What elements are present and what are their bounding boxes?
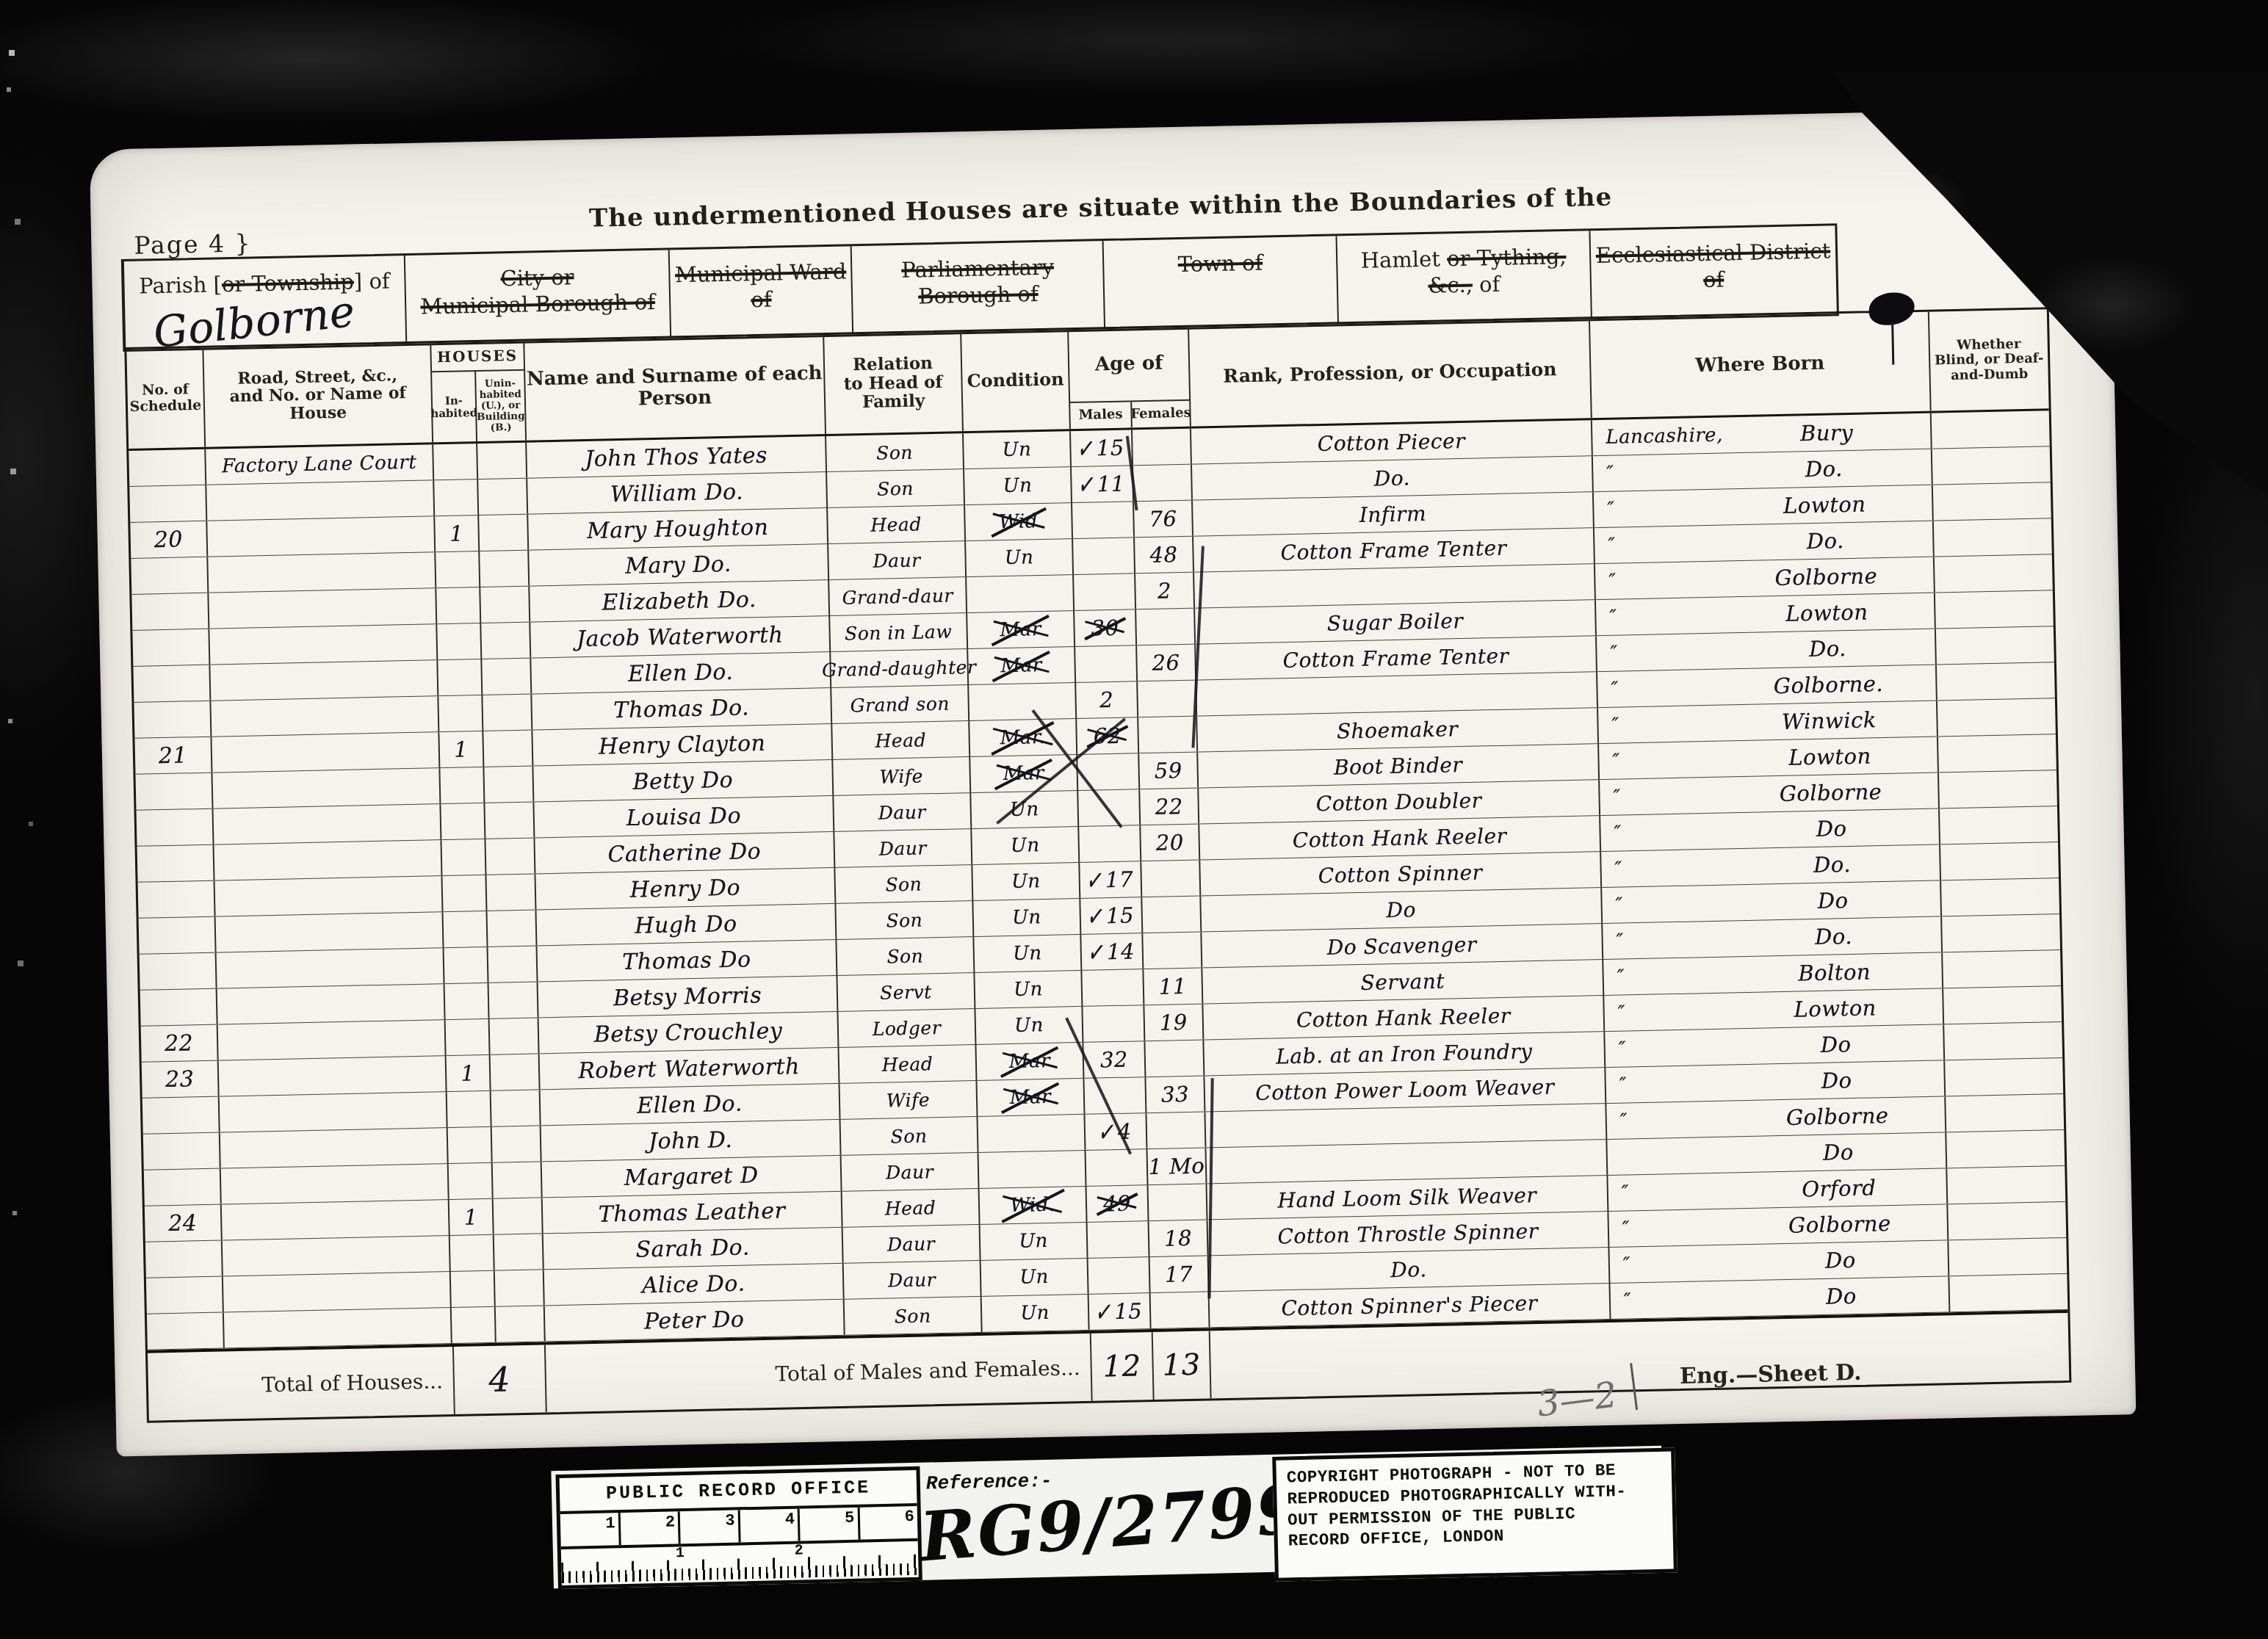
- cell-schedule: [131, 557, 209, 594]
- cell-uninhabited: [490, 1018, 540, 1054]
- cell-name: Ellen Do.: [541, 1084, 841, 1126]
- cell-schedule: [140, 989, 218, 1026]
- cell-road: [212, 768, 441, 808]
- cell-blind-deaf: [1944, 1022, 2062, 1060]
- cell-inhabited: [434, 480, 479, 515]
- cell-name: Henry Do: [535, 868, 836, 910]
- cell-age-male: [1079, 825, 1141, 862]
- cell-blind-deaf: [1949, 1238, 2067, 1276]
- cell-age-female: [1136, 609, 1196, 645]
- cell-name: John D.: [541, 1120, 842, 1162]
- cell-condition: Un: [974, 935, 1082, 972]
- cell-inhabited: [436, 587, 481, 623]
- cell-relation: Head: [828, 505, 966, 543]
- cell-road: [207, 516, 436, 556]
- cell-condition: Wid: [965, 503, 1073, 540]
- column-header-blind-deaf: Whether Blind, or Deaf- and-Dumb: [1929, 309, 2049, 410]
- cell-schedule: [142, 1097, 220, 1134]
- cell-where-born: ″Do.: [1601, 844, 1941, 887]
- cell-relation: Wife: [833, 757, 971, 795]
- cell-relation: Head: [832, 721, 970, 759]
- cell-uninhabited: [487, 910, 537, 946]
- cell-blind-deaf: [1946, 1094, 2064, 1132]
- cell-schedule: [146, 1277, 224, 1314]
- cell-age-male: ✓15: [1080, 897, 1143, 934]
- total-males-females-label: Total of Males and Females...: [546, 1334, 1091, 1412]
- cell-relation: Son: [845, 1297, 983, 1335]
- cell-blind-deaf: [1937, 698, 2056, 736]
- cell-relation: Daur: [834, 829, 972, 867]
- cell-blind-deaf: [1936, 626, 2054, 664]
- cell-condition: [969, 683, 1077, 720]
- cell-condition: Mar: [970, 755, 1078, 792]
- cell-uninhabited: [494, 1234, 544, 1270]
- cell-relation: Grand-daur: [829, 577, 967, 615]
- cell-inhabited: 1: [435, 515, 480, 551]
- cell-age-female: 2: [1135, 573, 1195, 609]
- cell-condition: Un: [975, 1007, 1083, 1044]
- cell-name: Catherine Do: [535, 832, 835, 874]
- column-header-road: Road, Street, &c., and No. or Name of Ho…: [203, 343, 433, 446]
- cell-where-born: ″Golborne.: [1597, 665, 1937, 707]
- ruler-title: PUBLIC RECORD OFFICE: [560, 1470, 917, 1505]
- cell-schedule: [134, 701, 212, 738]
- cell-age-male: 30: [1075, 609, 1137, 646]
- cell-inhabited: [444, 947, 489, 983]
- cell-inhabited: [444, 911, 488, 947]
- cell-schedule: [139, 917, 217, 954]
- cell-relation: Daur: [843, 1225, 981, 1263]
- district-label: Hamlet or Tything, &c., of: [1337, 242, 1590, 301]
- cell-road: [219, 1056, 447, 1096]
- cell-blind-deaf: [1948, 1202, 2066, 1240]
- cell-name: Margaret D: [542, 1156, 842, 1198]
- cell-uninhabited: [494, 1198, 543, 1234]
- cell-where-born: ″Golborne: [1608, 1204, 1949, 1247]
- cell-uninhabited: [484, 767, 534, 803]
- column-header-males: Males: [1070, 402, 1133, 429]
- cell-relation: Daur: [834, 793, 972, 831]
- cell-condition: Mar: [968, 647, 1076, 684]
- cell-uninhabited: [480, 551, 530, 587]
- cell-relation: Son in Law: [830, 613, 968, 651]
- district-cell-3: Parliamentary Borough of: [852, 241, 1106, 334]
- cell-name: Peter Do: [545, 1300, 845, 1342]
- cell-age-male: [1088, 1221, 1150, 1258]
- cell-inhabited: [447, 1091, 492, 1127]
- cell-name: Hugh Do: [536, 904, 837, 946]
- ruler-inch-mark: 4: [740, 1509, 800, 1543]
- cell-where-born: ″Lowton: [1604, 988, 1944, 1031]
- cell-where-born: ″Golborne: [1600, 773, 1940, 815]
- cell-blind-deaf: [1938, 734, 2056, 772]
- cell-age-female: 76: [1134, 501, 1193, 538]
- cell-road: [210, 660, 438, 700]
- cell-schedule: [140, 953, 217, 990]
- cell-age-female: 17: [1150, 1256, 1210, 1292]
- cell-condition: Un: [982, 1295, 1090, 1332]
- cell-name: Robert Waterworth: [540, 1048, 840, 1090]
- cell-relation: Son: [837, 937, 975, 975]
- cell-relation: Son: [836, 901, 974, 939]
- cell-where-born: ″Golborne: [1606, 1096, 1946, 1139]
- cell-relation: Daur: [844, 1261, 982, 1299]
- cell-blind-deaf: [1939, 770, 2057, 808]
- cell-name: William Do.: [527, 472, 828, 514]
- cell-where-born: ″Do: [1602, 880, 1942, 923]
- cell-age-female: 1 Mo: [1147, 1148, 1207, 1184]
- cell-uninhabited: [485, 838, 535, 874]
- ruler-inch-mark: 2: [620, 1511, 680, 1545]
- cell-age-male: ✓4: [1085, 1113, 1147, 1150]
- cell-where-born: ″Bolton: [1603, 952, 1943, 995]
- cell-road: [217, 984, 446, 1024]
- cell-where-born: ″Do.: [1595, 521, 1935, 564]
- cell-schedule: [133, 665, 211, 702]
- census-table: No. of Schedule Road, Street, &c., and N…: [124, 307, 2071, 1423]
- cell-road: [216, 912, 444, 952]
- total-males-value: 12: [1090, 1332, 1153, 1401]
- cell-age-male: [1082, 969, 1144, 1006]
- total-houses-label: Total of Houses...: [148, 1347, 454, 1421]
- cell-road: Factory Lane Court: [206, 444, 434, 484]
- column-header-schedule: No. of Schedule: [126, 348, 206, 449]
- table-body: Factory Lane CourtJohn Thos YatesSonUn✓1…: [129, 410, 2067, 1350]
- cell-age-male: [1088, 1257, 1151, 1294]
- cell-road: [211, 696, 439, 736]
- column-header-houses: HOUSES: [431, 341, 525, 373]
- district-cell-5: Hamlet or Tything, &c., of: [1337, 231, 1592, 324]
- cell-road: [220, 1092, 448, 1132]
- public-record-office-stamp: PUBLIC RECORD OFFICE 123456 12 Reference…: [551, 1446, 1664, 1588]
- reference-area: Reference:- RG9/2799: [917, 1455, 1271, 1580]
- cell-relation: Son: [841, 1117, 979, 1155]
- cell-road: [223, 1236, 451, 1276]
- cell-road: [222, 1200, 450, 1240]
- cell-blind-deaf: [1942, 914, 2060, 952]
- cell-age-male: 2: [1076, 681, 1138, 718]
- cell-age-male: ✓11: [1072, 466, 1134, 502]
- cell-inhabited: [436, 551, 480, 587]
- cell-age-female: 20: [1141, 825, 1200, 861]
- cell-schedule: [138, 881, 216, 918]
- ruler-inch-mark: 6: [859, 1506, 917, 1540]
- cell-inhabited: [449, 1163, 494, 1199]
- cell-relation: Grand son: [831, 685, 969, 723]
- cell-occupation: Cotton Spinner's Piecer: [1210, 1284, 1611, 1327]
- cell-schedule: 23: [142, 1061, 220, 1098]
- cell-age-male: ✓14: [1081, 933, 1144, 970]
- cell-age-female: 48: [1135, 537, 1194, 574]
- cell-name: Ellen Do.: [531, 652, 831, 694]
- cell-schedule: [131, 593, 209, 630]
- district-cell-1: City or Municipal Borough of: [405, 250, 672, 344]
- cell-relation: Servt: [837, 973, 975, 1011]
- cell-uninhabited: [489, 982, 539, 1018]
- totals-row-empty: [1210, 1313, 2070, 1398]
- cell-uninhabited: [496, 1306, 546, 1342]
- cell-name: Alice Do.: [544, 1264, 845, 1306]
- cell-condition: Un: [964, 431, 1072, 468]
- cell-schedule: 24: [145, 1205, 223, 1242]
- cell-relation: Lodger: [838, 1009, 976, 1047]
- cell-blind-deaf: [1941, 878, 2059, 916]
- cell-blind-deaf: [1940, 806, 2058, 844]
- cell-road: [215, 876, 444, 916]
- cell-age-female: [1133, 429, 1192, 466]
- cell-uninhabited: [495, 1270, 545, 1306]
- cell-age-female: [1138, 717, 1198, 753]
- total-houses-value: 4: [452, 1345, 547, 1414]
- cell-relation: Son: [826, 433, 964, 471]
- cell-age-female: [1145, 1040, 1205, 1077]
- cell-where-born: ″Do: [1600, 808, 1940, 851]
- column-header-relation: Relation to Head of Family: [824, 332, 964, 434]
- cell-age-male: 49: [1087, 1185, 1149, 1222]
- cell-name: Betsy Morris: [538, 976, 839, 1018]
- cell-schedule: [129, 485, 207, 522]
- cell-name: Thomas Do.: [532, 688, 832, 730]
- cell-where-born: ″Winwick: [1598, 701, 1938, 743]
- cell-relation: Grand-daughter: [831, 649, 969, 687]
- cell-age-male: [1075, 645, 1138, 682]
- cell-name: Mary Houghton: [528, 508, 828, 550]
- cell-uninhabited: [481, 623, 531, 659]
- cell-condition: Un: [973, 899, 1081, 936]
- ruler-cm-row: 12: [561, 1541, 919, 1583]
- cell-uninhabited: [491, 1054, 541, 1090]
- district-cell-6: Ecclesiastical District of: [1590, 225, 1837, 319]
- column-header-uninhabited: Unin- habited (U.), or Building (B.): [476, 371, 527, 441]
- cell-condition: [978, 1115, 1086, 1152]
- cell-uninhabited: [483, 731, 533, 767]
- cell-age-male: [1083, 1005, 1145, 1042]
- cell-condition: Un: [971, 791, 1079, 828]
- cell-blind-deaf: [1932, 446, 2051, 484]
- cell-where-born: ″Do: [1610, 1276, 1950, 1319]
- district-cell-0: Parish [or Township] ofGolborne: [124, 256, 407, 350]
- cell-name: Betsy Crouchley: [539, 1012, 839, 1054]
- cell-road: [224, 1308, 452, 1347]
- cell-blind-deaf: [1935, 590, 2054, 628]
- cell-blind-deaf: [1935, 554, 2053, 592]
- cell-blind-deaf: [1943, 986, 2062, 1024]
- cell-blind-deaf: [1940, 842, 2059, 880]
- cell-age-female: 19: [1144, 1004, 1204, 1041]
- cell-condition: Mar: [976, 1043, 1084, 1080]
- cell-road: [209, 588, 437, 628]
- cell-uninhabited: [482, 659, 532, 695]
- cell-age-female: 59: [1139, 753, 1199, 789]
- cell-age-female: 26: [1137, 645, 1196, 681]
- cell-age-male: ✓15: [1071, 430, 1133, 466]
- cell-road: [212, 732, 440, 772]
- cell-age-female: 18: [1149, 1220, 1209, 1256]
- cell-schedule: [137, 809, 214, 846]
- cell-road: [220, 1128, 449, 1168]
- column-header-females: Females: [1132, 401, 1191, 428]
- cell-condition: Un: [966, 539, 1074, 576]
- cell-where-born: ″Do.: [1593, 449, 1933, 492]
- copyright-box: COPYRIGHT PHOTOGRAPH - NOT TO BEREPRODUC…: [1272, 1447, 1677, 1581]
- cell-age-female: [1141, 861, 1201, 897]
- cell-blind-deaf: [1945, 1058, 2063, 1096]
- cell-relation: Son: [835, 865, 973, 903]
- ruler-inch-mark: 5: [800, 1508, 860, 1541]
- cell-uninhabited: [485, 803, 535, 839]
- cell-inhabited: [437, 623, 482, 659]
- cell-condition: [967, 575, 1075, 612]
- cell-where-born: ″Do.: [1603, 916, 1943, 959]
- column-header-name: Name and Surname of each Person: [524, 335, 826, 441]
- cell-inhabited: [451, 1271, 496, 1307]
- cell-inhabited: [446, 1019, 491, 1055]
- film-speckles: [0, 0, 3, 3]
- cell-condition: Mar: [967, 611, 1075, 648]
- cell-age-male: [1073, 538, 1135, 574]
- district-label: City or Municipal Borough of: [405, 262, 670, 321]
- cell-schedule: [137, 845, 215, 882]
- district-cell-4: Town of: [1104, 236, 1339, 329]
- cell-inhabited: [448, 1127, 493, 1163]
- district-label: Parliamentary Borough of: [852, 253, 1104, 311]
- cell-condition: Un: [972, 827, 1080, 864]
- cell-condition: Un: [980, 1223, 1088, 1260]
- cell-inhabited: [452, 1307, 496, 1343]
- cell-blind-deaf: [1937, 662, 2055, 700]
- cell-age-female: [1149, 1184, 1208, 1220]
- cell-name: Henry Clayton: [532, 724, 833, 766]
- cell-schedule: 22: [141, 1025, 219, 1062]
- district-label: Ecclesiastical District of: [1591, 237, 1837, 295]
- cell-where-born: ″Orford: [1608, 1168, 1948, 1211]
- cell-where-born: Do: [1607, 1132, 1947, 1175]
- column-header-inhabited: In- habited: [432, 372, 477, 442]
- cell-condition: Un: [972, 863, 1080, 900]
- cell-inhabited: 1: [447, 1055, 491, 1091]
- cell-age-male: [1084, 1077, 1146, 1114]
- cell-schedule: [145, 1241, 223, 1278]
- cell-where-born: ″Do.: [1597, 629, 1937, 671]
- cell-name: Thomas Leather: [543, 1192, 843, 1234]
- cell-inhabited: [433, 444, 478, 480]
- ruler-inch-mark: 1: [560, 1513, 621, 1546]
- cell-where-born: ″Lowton: [1596, 593, 1936, 635]
- ruler-box: PUBLIC RECORD OFFICE 123456 12: [555, 1466, 922, 1589]
- cell-condition: Un: [981, 1259, 1089, 1296]
- cell-age-male: [1078, 789, 1141, 826]
- ruler-inch-mark: 3: [680, 1510, 740, 1544]
- total-females-value: 13: [1152, 1331, 1212, 1400]
- cell-where-born: Lancashire,Bury: [1592, 413, 1932, 456]
- cell-uninhabited: [480, 587, 530, 623]
- cell-road: [223, 1272, 452, 1311]
- cell-age-female: [1146, 1112, 1206, 1148]
- cell-blind-deaf: [1947, 1166, 2065, 1204]
- cell-uninhabited: [493, 1162, 543, 1198]
- cell-uninhabited: [486, 874, 536, 910]
- cell-road: [208, 552, 436, 592]
- district-label: Municipal Ward of: [670, 258, 851, 315]
- cell-condition: Un: [975, 971, 1083, 1008]
- cell-name: Thomas Do: [538, 940, 838, 982]
- cell-road: [209, 624, 438, 664]
- cell-schedule: [135, 773, 213, 810]
- cell-age-female: 22: [1140, 789, 1199, 825]
- cell-uninhabited: [478, 479, 528, 515]
- cell-relation: Daur: [842, 1153, 980, 1191]
- column-header-age: Age of: [1069, 328, 1191, 403]
- cell-inhabited: [450, 1235, 495, 1271]
- column-header-where-born: Where Born: [1590, 312, 1932, 419]
- cell-name: Elizabeth Do.: [530, 580, 830, 622]
- cell-uninhabited: [483, 695, 532, 731]
- cell-inhabited: [440, 767, 485, 803]
- cell-schedule: [144, 1169, 222, 1206]
- cell-where-born: ″Do: [1606, 1060, 1946, 1103]
- cell-inhabited: [441, 803, 485, 839]
- cell-name: Jacob Waterworth: [530, 616, 831, 658]
- cell-name: Louisa Do: [534, 796, 834, 838]
- cell-name: Betty Do: [533, 760, 834, 802]
- cell-inhabited: [442, 875, 487, 911]
- cell-road: [221, 1164, 449, 1204]
- cell-where-born: ″Do: [1609, 1240, 1949, 1283]
- cell-name: Sarah Do.: [543, 1228, 844, 1270]
- cell-age-female: [1143, 933, 1202, 969]
- cell-schedule: [132, 629, 210, 666]
- cell-schedule: [147, 1313, 225, 1350]
- cell-blind-deaf: [1949, 1274, 2067, 1311]
- cell-name: John Thos Yates: [527, 436, 827, 478]
- cell-age-female: [1133, 465, 1193, 502]
- cell-relation: Head: [839, 1045, 977, 1083]
- column-header-occupation: Rank, Profession, or Occupation: [1189, 319, 1592, 426]
- cell-age-male: ✓15: [1089, 1293, 1152, 1330]
- cell-relation: Head: [842, 1189, 980, 1227]
- cell-blind-deaf: [1932, 410, 2050, 448]
- cell-age-male: [1072, 502, 1135, 538]
- sheet-label: Eng.—Sheet D.: [1680, 1360, 1862, 1389]
- cell-schedule: [143, 1133, 221, 1170]
- cell-condition: [979, 1151, 1087, 1188]
- pencil-annotation: 3—2: [1535, 1374, 1619, 1425]
- cell-blind-deaf: [1934, 518, 2052, 556]
- cell-condition: Un: [964, 467, 1072, 504]
- cell-road: [206, 480, 435, 520]
- cell-age-female: 33: [1146, 1076, 1205, 1112]
- cell-schedule: 21: [134, 737, 212, 774]
- cell-schedule: [129, 449, 206, 486]
- cell-age-female: [1138, 681, 1197, 717]
- district-label: Town of: [1104, 247, 1336, 279]
- cell-inhabited: 1: [449, 1199, 494, 1235]
- cell-uninhabited: [477, 443, 527, 479]
- cell-schedule: 20: [130, 521, 208, 558]
- cell-blind-deaf: [1943, 950, 2061, 988]
- cell-name: Mary Do.: [529, 544, 829, 586]
- cell-where-born: ″Do: [1605, 1024, 1945, 1067]
- cell-road: [217, 948, 445, 988]
- cell-age-female: [1142, 897, 1202, 933]
- cell-condition: Mar: [977, 1079, 1085, 1116]
- cell-age-female: 11: [1144, 968, 1203, 1005]
- cell-relation: Daur: [828, 541, 967, 579]
- cell-blind-deaf: [1946, 1130, 2065, 1168]
- cell-age-male: ✓17: [1080, 861, 1142, 898]
- cell-road: [214, 840, 443, 880]
- cell-inhabited: 1: [439, 731, 484, 767]
